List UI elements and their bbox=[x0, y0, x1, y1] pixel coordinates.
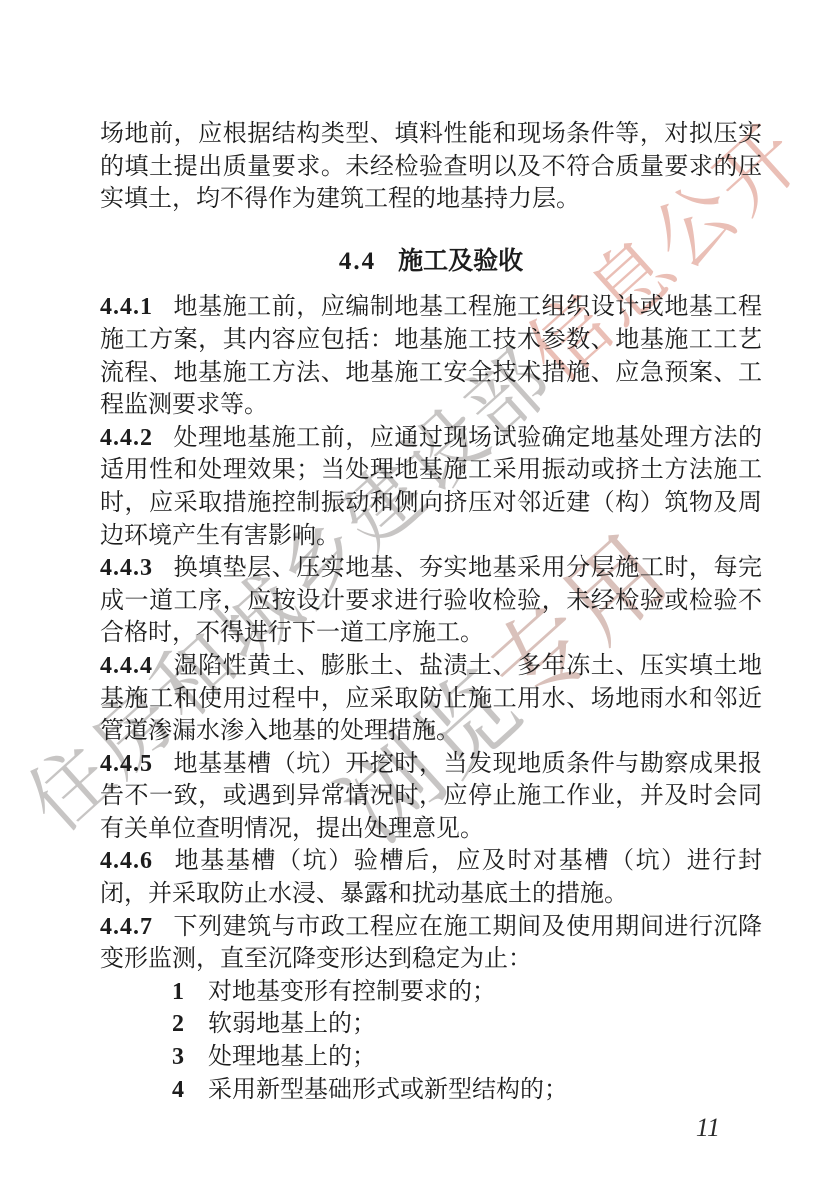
clause-4-4-7-list: 1对地基变形有控制要求的； 2软弱地基上的； 3处理地基上的； 4采用新型基础形… bbox=[100, 976, 762, 1106]
list-item: 4采用新型基础形式或新型结构的； bbox=[172, 1074, 762, 1107]
clause-number: 4.4.3 bbox=[100, 555, 153, 581]
document-page: 住房和城乡建设部信息公开 浏览专用 场地前，应根据结构类型、填料性能和现场条件等… bbox=[0, 0, 828, 1198]
clause-text: 地基施工前，应编制地基工程施工组织设计或地基工程施工方案，其内容应包括：地基施工… bbox=[100, 294, 762, 418]
page-content: 场地前，应根据结构类型、填料性能和现场条件等，对拟压实的填土提出质量要求。未经检… bbox=[100, 118, 762, 1106]
clause-text: 地基基槽（坑）验槽后，应及时对基槽（坑）进行封闭，并采取防止水浸、暴露和扰动基底… bbox=[100, 848, 762, 907]
clause-number: 4.4.6 bbox=[100, 848, 153, 874]
list-item-text: 对地基变形有控制要求的； bbox=[208, 979, 496, 1005]
clause-text: 换填垫层、压实地基、夯实地基采用分层施工时，每完成一道工序，应按设计要求进行验收… bbox=[100, 555, 762, 646]
intro-text: 场地前，应根据结构类型、填料性能和现场条件等，对拟压实的填土提出质量要求。未经检… bbox=[100, 121, 762, 212]
clause-4-4-5: 4.4.5地基基槽（坑）开挖时，当发现地质条件与勘察成果报告不一致，或遇到异常情… bbox=[100, 748, 762, 846]
list-item: 1对地基变形有控制要求的； bbox=[172, 976, 762, 1009]
clause-4-4-3: 4.4.3换填垫层、压实地基、夯实地基采用分层施工时，每完成一道工序，应按设计要… bbox=[100, 552, 762, 650]
clause-4-4-1: 4.4.1地基施工前，应编制地基工程施工组织设计或地基工程施工方案，其内容应包括… bbox=[100, 291, 762, 421]
clause-number: 4.4.7 bbox=[100, 914, 153, 940]
list-item-number: 2 bbox=[172, 1011, 184, 1037]
list-item-text: 处理地基上的； bbox=[208, 1044, 376, 1070]
clause-4-4-2: 4.4.2处理地基施工前，应通过现场试验确定地基处理方法的适用性和处理效果；当处… bbox=[100, 422, 762, 552]
list-item: 2软弱地基上的； bbox=[172, 1008, 762, 1041]
clause-number: 4.4.5 bbox=[100, 751, 153, 777]
list-item-number: 4 bbox=[172, 1077, 184, 1103]
section-heading: 4.4施工及验收 bbox=[100, 246, 762, 279]
page-number: 11 bbox=[696, 1113, 720, 1143]
list-item-text: 采用新型基础形式或新型结构的； bbox=[208, 1077, 568, 1103]
list-item-number: 3 bbox=[172, 1044, 184, 1070]
clause-text: 下列建筑与市政工程应在施工期间及使用期间进行沉降变形监测，直至沉降变形达到稳定为… bbox=[100, 914, 762, 973]
list-item-number: 1 bbox=[172, 979, 184, 1005]
clause-text: 处理地基施工前，应通过现场试验确定地基处理方法的适用性和处理效果；当处理地基施工… bbox=[100, 425, 762, 549]
clause-4-4-7: 4.4.7下列建筑与市政工程应在施工期间及使用期间进行沉降变形监测，直至沉降变形… bbox=[100, 911, 762, 976]
clause-4-4-4: 4.4.4湿陷性黄土、膨胀土、盐渍土、多年冻土、压实填土地基施工和使用过程中，应… bbox=[100, 650, 762, 748]
clause-number: 4.4.4 bbox=[100, 653, 153, 679]
clause-text: 湿陷性黄土、膨胀土、盐渍土、多年冻土、压实填土地基施工和使用过程中，应采取防止施… bbox=[100, 653, 762, 744]
list-item: 3处理地基上的； bbox=[172, 1041, 762, 1074]
section-title: 施工及验收 bbox=[398, 248, 523, 275]
list-item-text: 软弱地基上的； bbox=[208, 1011, 376, 1037]
clause-text: 地基基槽（坑）开挖时，当发现地质条件与勘察成果报告不一致，或遇到异常情况时，应停… bbox=[100, 751, 762, 842]
intro-paragraph: 场地前，应根据结构类型、填料性能和现场条件等，对拟压实的填土提出质量要求。未经检… bbox=[100, 118, 762, 216]
clause-number: 4.4.2 bbox=[100, 425, 153, 451]
section-number: 4.4 bbox=[339, 248, 376, 275]
clause-4-4-6: 4.4.6地基基槽（坑）验槽后，应及时对基槽（坑）进行封闭，并采取防止水浸、暴露… bbox=[100, 845, 762, 910]
clause-number: 4.4.1 bbox=[100, 294, 153, 320]
